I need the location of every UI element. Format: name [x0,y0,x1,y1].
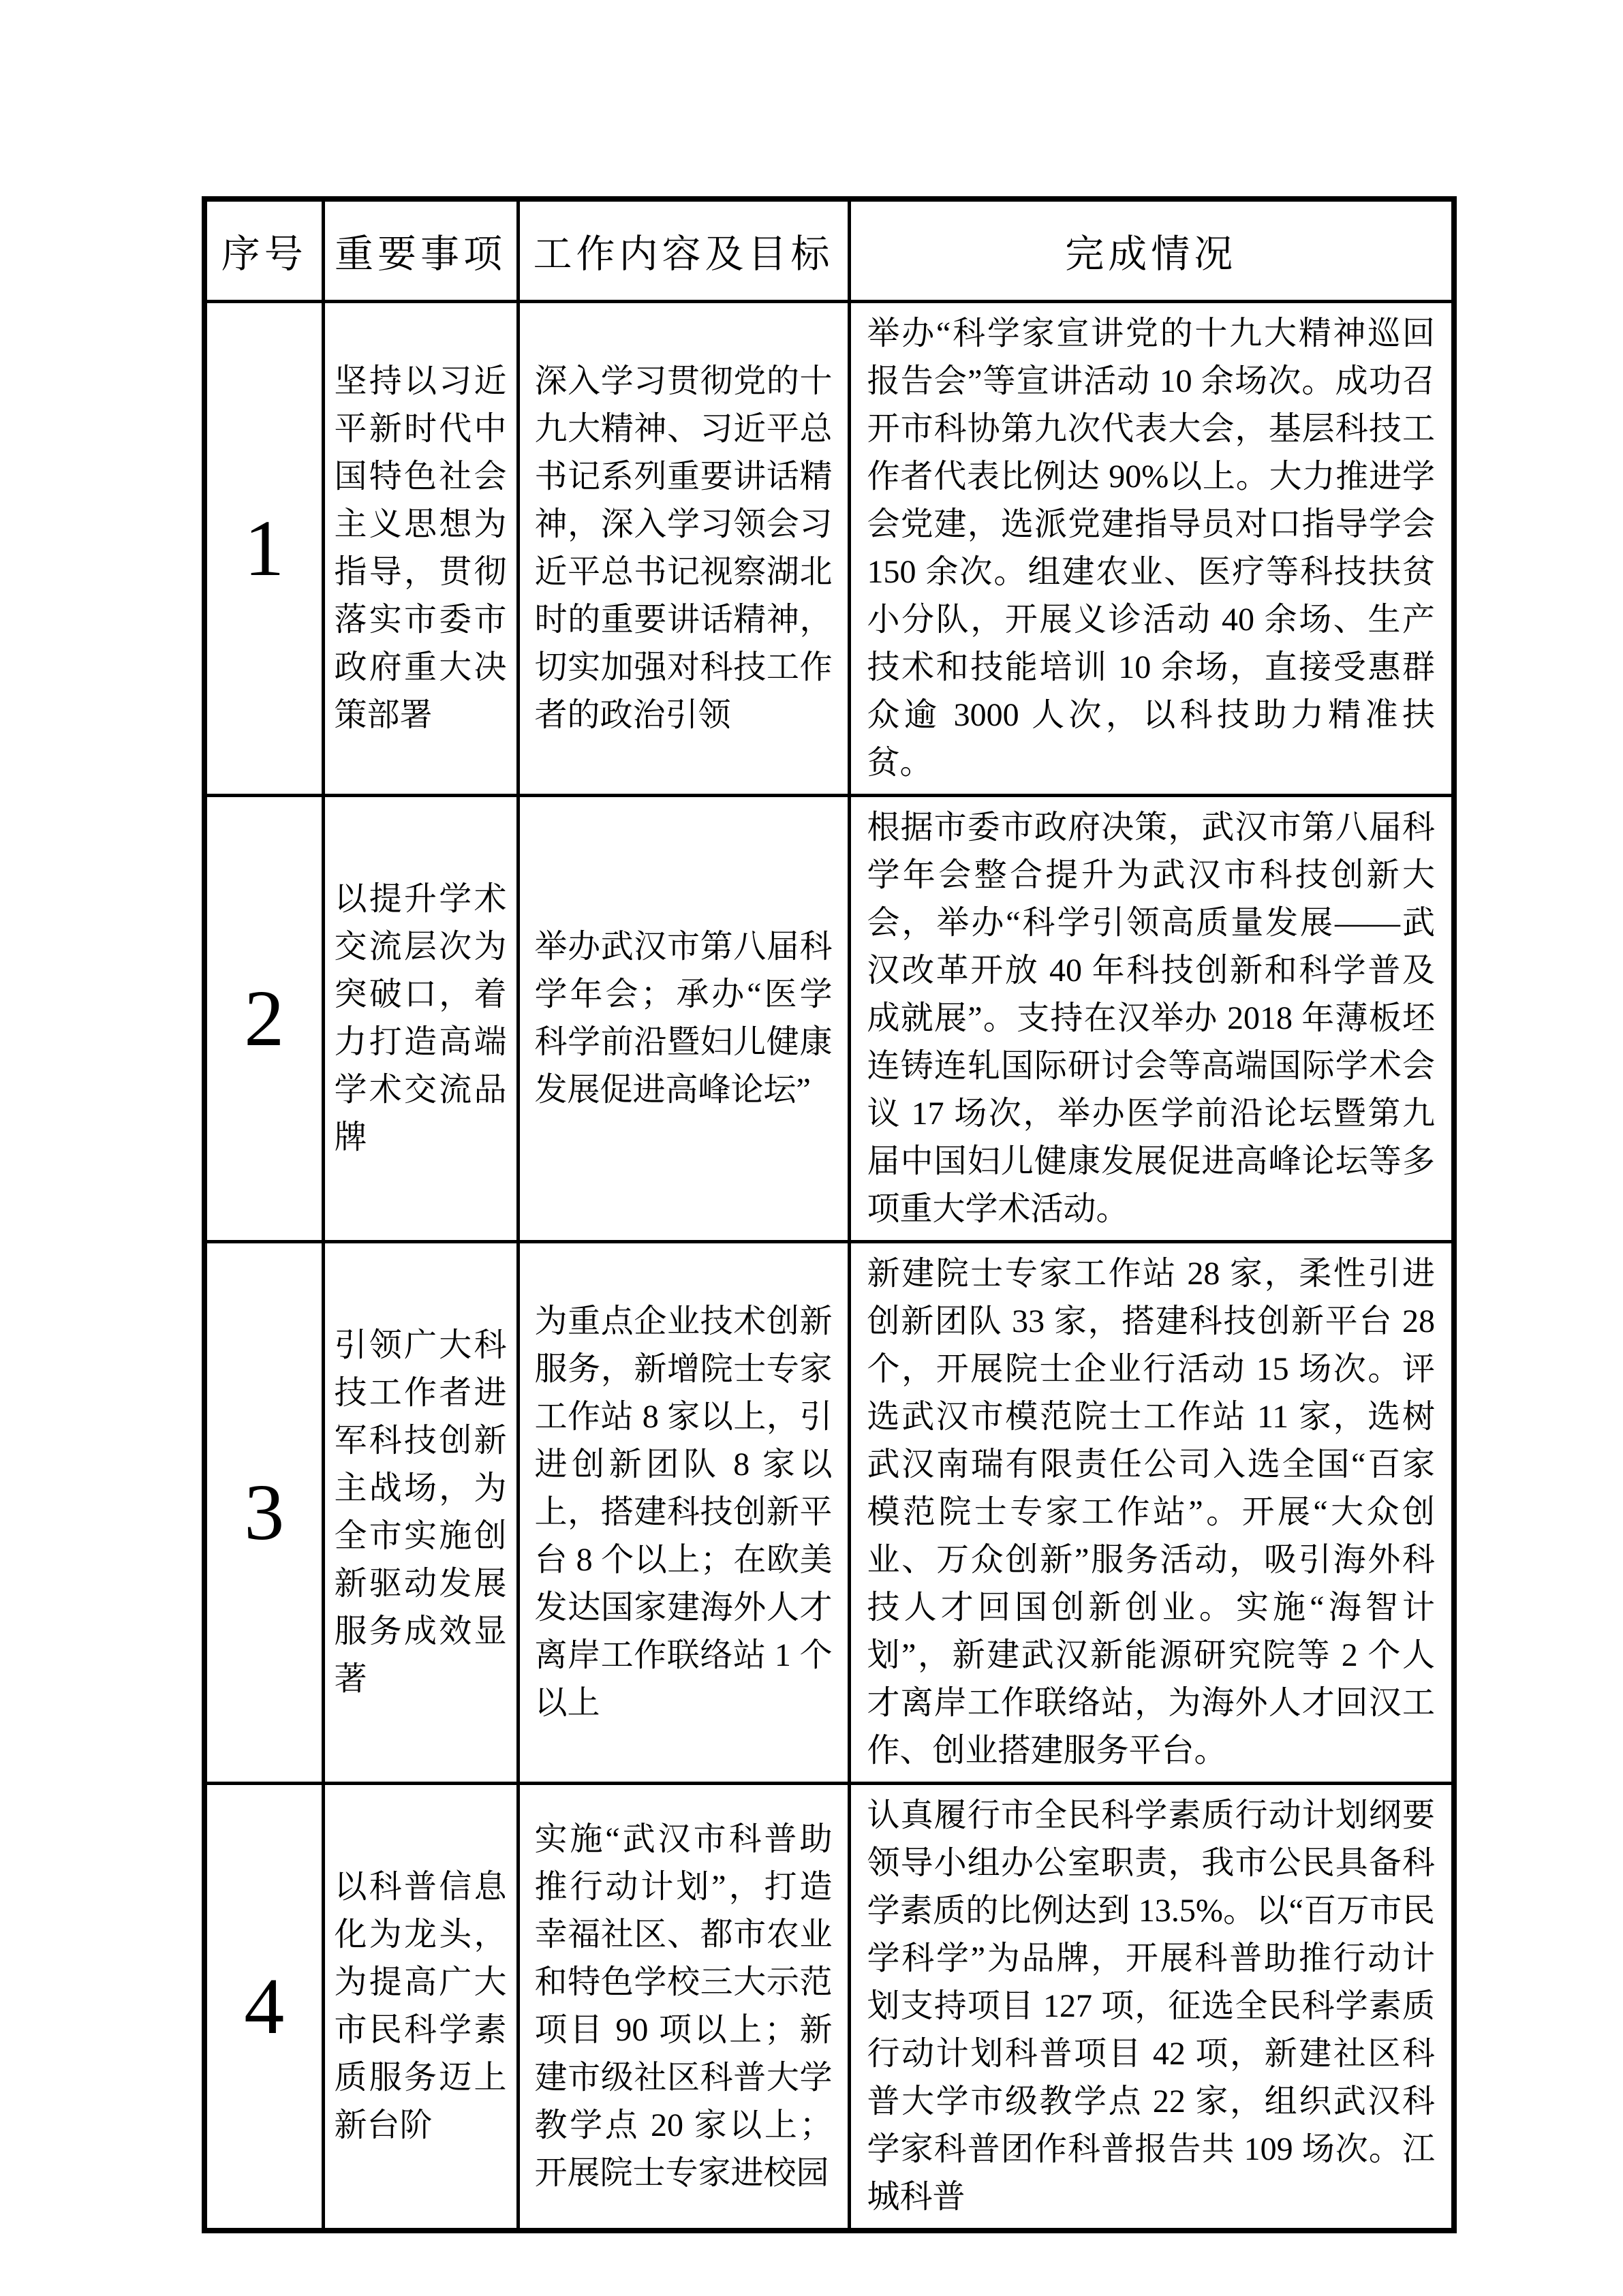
table-row: 3 引领广大科技工作者进军科技创新主战场，为全市实施创新驱动发展服务成效显著 为… [204,1242,1454,1784]
cell-no: 2 [204,796,323,1242]
cell-no: 1 [204,302,323,796]
header-row: 序号 重要事项 工作内容及目标 完成情况 [204,199,1454,302]
cell-status: 举办“科学家宣讲党的十九大精神巡回报告会”等宣讲活动 10 余场次。成功召开市科… [849,302,1454,796]
header-item: 重要事项 [323,199,518,302]
table-row: 1 坚持以习近平新时代中国特色社会主义思想为指导，贯彻落实市委市政府重大决策部署… [204,302,1454,796]
cell-item: 引领广大科技工作者进军科技创新主战场，为全市实施创新驱动发展服务成效显著 [323,1242,518,1784]
cell-no: 3 [204,1242,323,1784]
cell-status: 新建院士专家工作站 28 家，柔性引进创新团队 33 家，搭建科技创新平台 28… [849,1242,1454,1784]
cell-target: 实施“武汉市科普助推行动计划”，打造幸福社区、都市农业和特色学校三大示范项目 9… [518,1784,849,2231]
report-table: 序号 重要事项 工作内容及目标 完成情况 1 坚持以习近平新时代中国特色社会主义… [202,196,1457,2233]
cell-item: 坚持以习近平新时代中国特色社会主义思想为指导，贯彻落实市委市政府重大决策部署 [323,302,518,796]
cell-target: 为重点企业技术创新服务，新增院士专家工作站 8 家以上，引进创新团队 8 家以上… [518,1242,849,1784]
document-page: 序号 重要事项 工作内容及目标 完成情况 1 坚持以习近平新时代中国特色社会主义… [0,0,1623,2296]
cell-status: 认真履行市全民科学素质行动计划纲要领导小组办公室职责，我市公民具备科学素质的比例… [849,1784,1454,2231]
cell-item: 以提升学术交流层次为突破口，着力打造高端学术交流品牌 [323,796,518,1242]
table-row: 2 以提升学术交流层次为突破口，着力打造高端学术交流品牌 举办武汉市第八届科学年… [204,796,1454,1242]
header-no: 序号 [204,199,323,302]
cell-no: 4 [204,1784,323,2231]
header-status: 完成情况 [849,199,1454,302]
cell-target: 深入学习贯彻党的十九大精神、习近平总书记系列重要讲话精神，深入学习领会习近平总书… [518,302,849,796]
cell-item: 以科普信息化为龙头，为提高广大市民科学素质服务迈上新台阶 [323,1784,518,2231]
table-row: 4 以科普信息化为龙头，为提高广大市民科学素质服务迈上新台阶 实施“武汉市科普助… [204,1784,1454,2231]
cell-status: 根据市委市政府决策，武汉市第八届科学年会整合提升为武汉市科技创新大会，举办“科学… [849,796,1454,1242]
cell-target: 举办武汉市第八届科学年会；承办“医学科学前沿暨妇儿健康发展促进高峰论坛” [518,796,849,1242]
header-target: 工作内容及目标 [518,199,849,302]
